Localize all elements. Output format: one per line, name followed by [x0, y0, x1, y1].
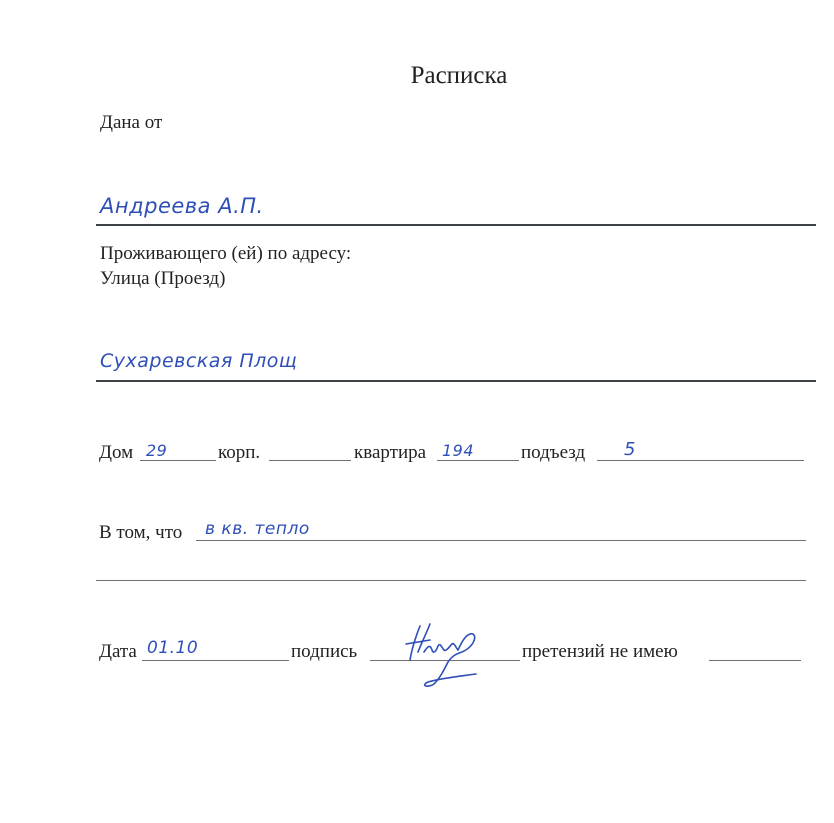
building-line — [269, 460, 351, 461]
reason-line — [196, 540, 806, 541]
date-value[interactable]: 01.10 — [147, 638, 198, 658]
house-label: Дом — [99, 442, 133, 464]
street-value[interactable]: Сухаревская Площ — [100, 350, 297, 372]
entrance-value[interactable]: 5 — [624, 439, 636, 460]
house-value[interactable]: 29 — [146, 441, 167, 460]
signature-label: подпись — [291, 641, 357, 663]
apartment-line — [437, 460, 519, 461]
date-label: Дата — [99, 641, 137, 663]
reason-value[interactable]: в кв. тепло — [205, 519, 310, 539]
date-line — [142, 660, 289, 661]
entrance-line — [597, 460, 804, 461]
given-by-label: Дана от — [100, 112, 162, 134]
apartment-value[interactable]: 194 — [442, 441, 474, 460]
house-line — [140, 460, 216, 461]
residing-label: Проживающего (ей) по адресу: — [100, 243, 351, 265]
entrance-label: подъезд — [521, 442, 585, 464]
street-line — [96, 380, 816, 382]
no-claims-label: претензий не имею — [522, 641, 678, 663]
reason-line-2 — [96, 580, 806, 581]
building-label: корп. — [218, 442, 260, 464]
reason-label: В том, что — [99, 522, 182, 544]
signature-icon — [398, 622, 498, 692]
street-label: Улица (Проезд) — [100, 268, 225, 290]
no-claims-line — [709, 660, 801, 661]
document-title: Расписка — [0, 62, 834, 90]
given-by-value[interactable]: Андреева А.П. — [100, 194, 264, 218]
apartment-label: квартира — [354, 442, 426, 464]
given-by-line — [96, 224, 816, 226]
